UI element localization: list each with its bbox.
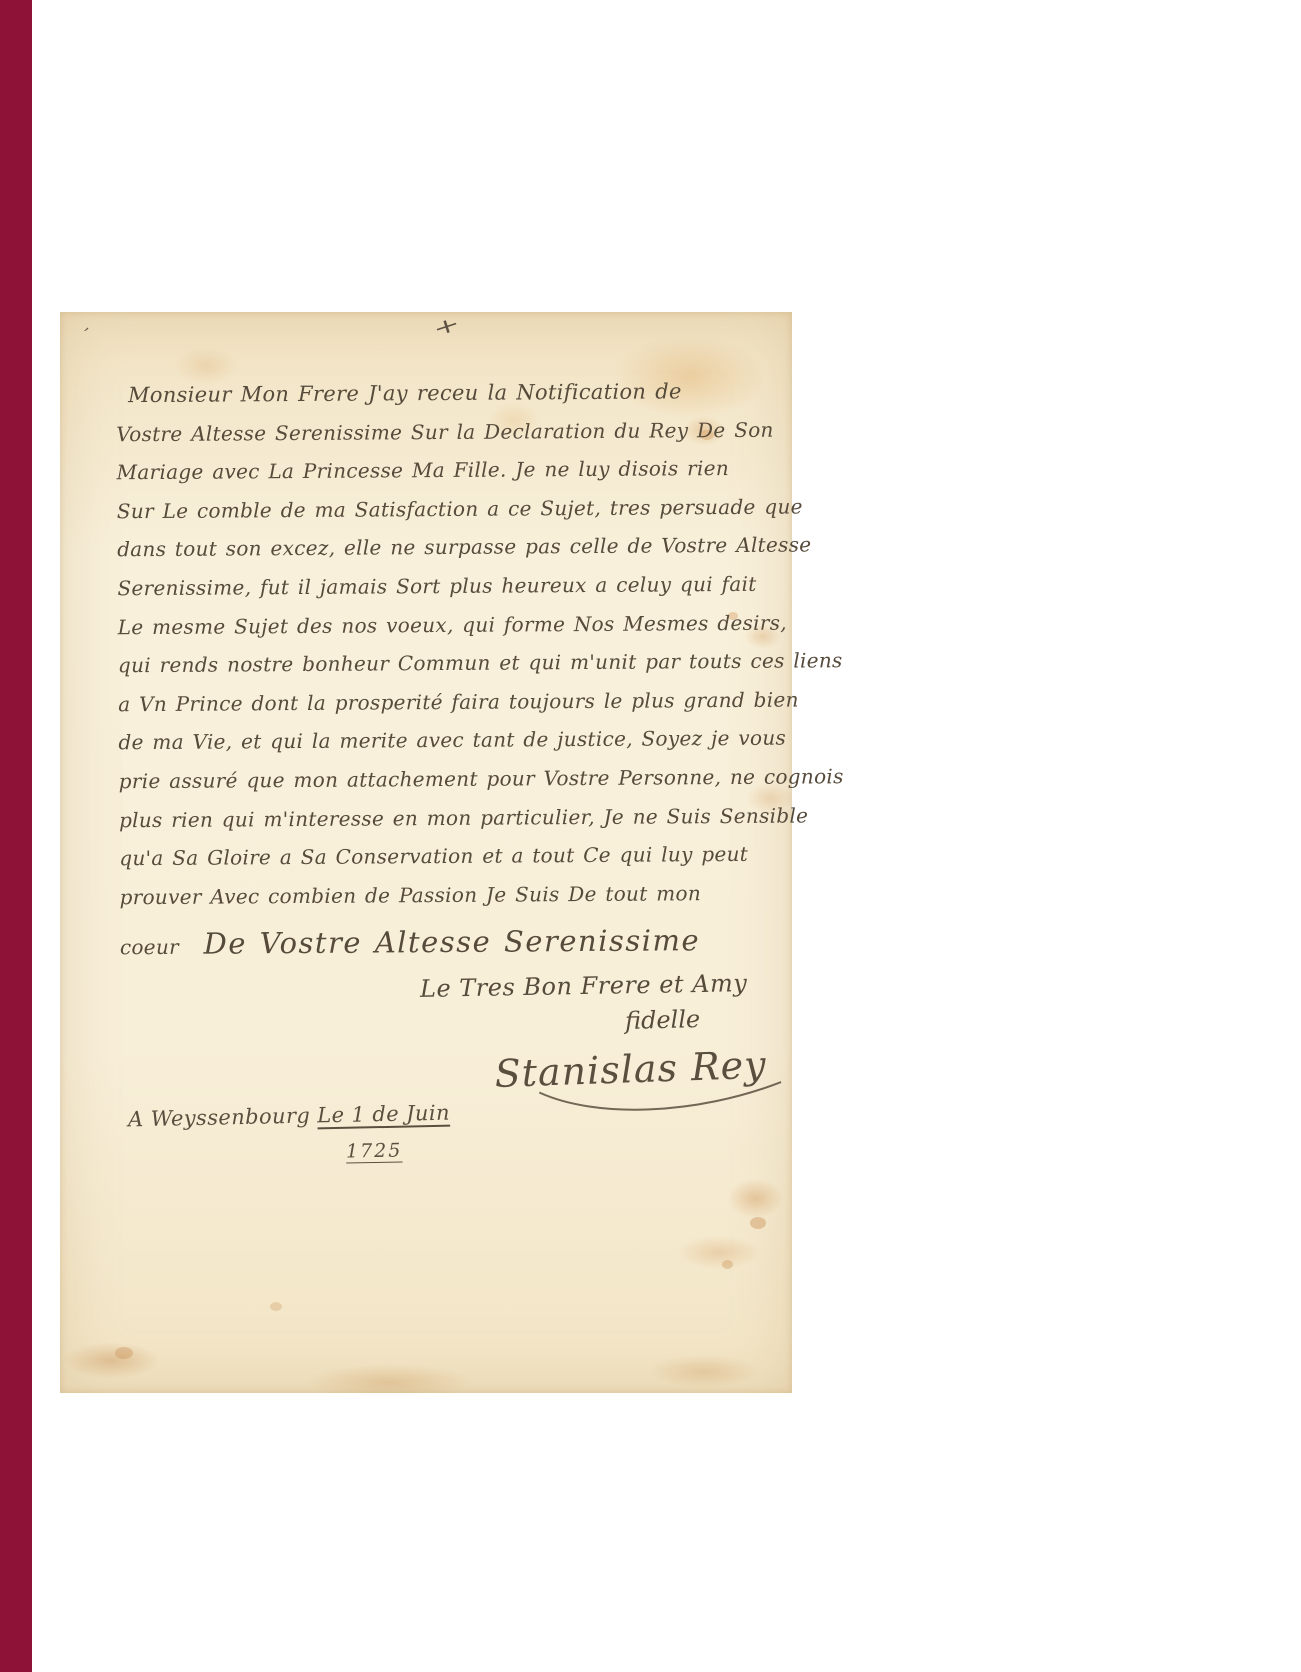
- letter-line: prie assuré que mon attachement pour Vos…: [119, 758, 767, 801]
- paper-stain: [115, 1347, 133, 1359]
- letter-line: Vostre Altesse Serenissime Sur la Declar…: [116, 410, 764, 453]
- valediction-line-1: Le Tres Bon Frere et Amy: [420, 969, 748, 1003]
- dateline-year: 1725: [346, 1140, 403, 1163]
- closing-word-coeur: coeur: [120, 935, 179, 959]
- paper-stain: [722, 1260, 733, 1269]
- letter-closing-line: coeur De Vostre Altesse Serenissime: [120, 914, 768, 971]
- letter-line: Le mesme Sujet des nos voeux, qui forme …: [118, 603, 766, 646]
- signature-block: Stanislas Rey: [494, 1042, 786, 1122]
- dateline-date: Le 1 de Juin: [317, 1101, 450, 1128]
- letter-line: Monsieur Mon Frere J'ay receu la Notific…: [128, 372, 764, 415]
- paper-stain: [270, 1302, 282, 1311]
- letter-line: Sur Le comble de ma Satisfaction a ce Su…: [117, 488, 765, 531]
- letter-line: Serenissime, fut il jamais Sort plus heu…: [117, 565, 765, 608]
- valediction-line-2: fidelle: [625, 1005, 701, 1035]
- letter-line: de ma Vie, et qui la merite avec tant de…: [118, 719, 766, 762]
- letter-line: prouver Avec combien de Passion Je Suis …: [119, 873, 767, 916]
- closing-salutation: De Vostre Altesse Serenissime: [203, 924, 700, 961]
- letter-line: plus rien qui m'interesse en mon particu…: [119, 796, 767, 839]
- page: { "page": { "background_color": "#ffffff…: [0, 0, 1301, 1672]
- dateline-place: A Weyssenbourg: [128, 1104, 311, 1132]
- left-accent-bar: [0, 0, 32, 1672]
- letter-body-text: Monsieur Mon Frere J'ay receu la Notific…: [116, 372, 768, 971]
- top-cross-ink-mark: +: [430, 310, 463, 341]
- dateline: A Weyssenbourg Le 1 de Juin: [128, 1101, 450, 1132]
- letter-line: qui rends nostre bonheur Commun et qui m…: [118, 642, 766, 685]
- letter-line: dans tout son excez, elle ne surpasse pa…: [117, 526, 765, 569]
- letter-scan: ʼ + Monsieur Mon Frere J'ay receu la Not…: [60, 312, 792, 1393]
- letter-line: a Vn Prince dont la prosperité faira tou…: [118, 680, 766, 723]
- letter-line: qu'a Sa Gloire a Sa Conservation et a to…: [119, 835, 767, 878]
- corner-ink-mark: ʼ: [79, 324, 90, 344]
- paper-stain: [750, 1217, 766, 1229]
- letter-line: Mariage avec La Princesse Ma Fille. Je n…: [116, 449, 764, 492]
